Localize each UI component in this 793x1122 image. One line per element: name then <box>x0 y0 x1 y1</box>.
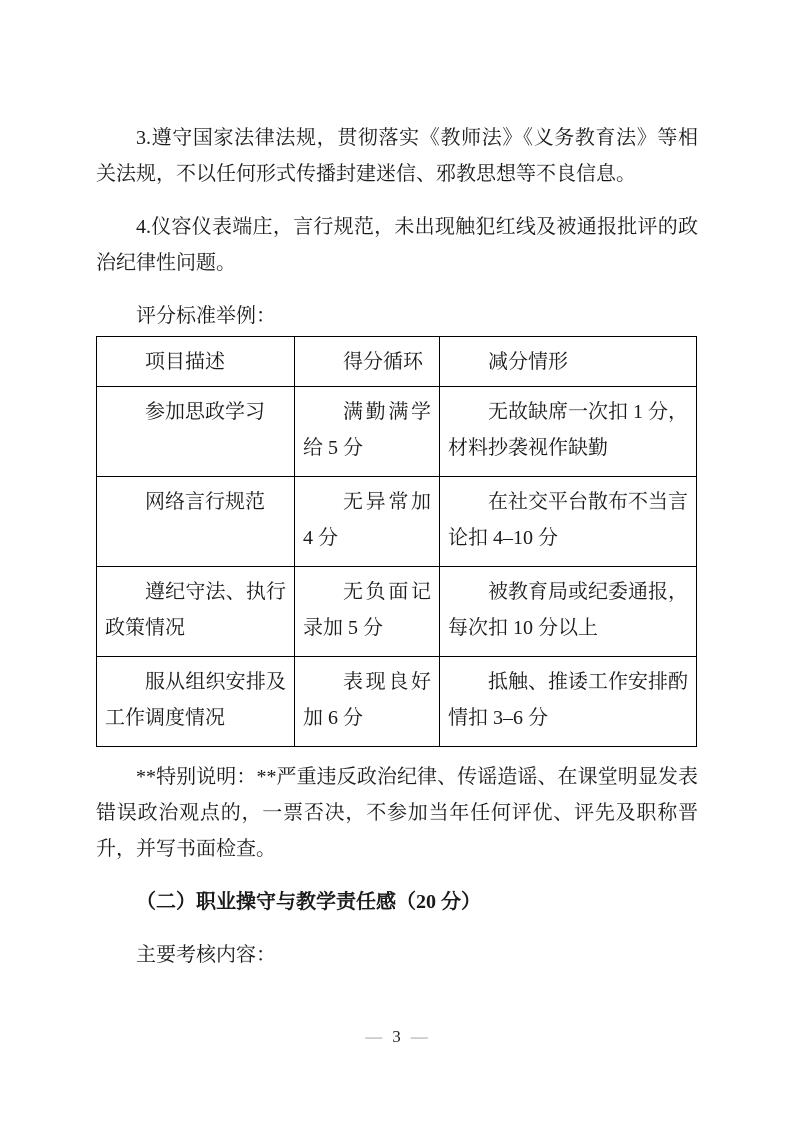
header-label: 得分循环 <box>303 344 431 380</box>
cell-text: 无异常加 4 分 <box>303 484 431 556</box>
document-page: 3.遵守国家法律法规，贯彻落实《教师法》《义务教育法》等相关法规，不以任何形式传… <box>0 0 793 1122</box>
footer-dash-left: — <box>365 1027 382 1046</box>
header-cell-score: 得分循环 <box>295 337 440 387</box>
cell-text: 网络言行规范 <box>105 484 286 520</box>
table-cell: 服从组织安排及工作调度情况 <box>97 657 295 747</box>
cell-text: 参加思政学习 <box>105 394 286 430</box>
scoring-criteria-table: 项目描述 得分循环 减分情形 参加思政学习 满勤满学给 5 分 无故缺席一次扣 … <box>96 336 697 747</box>
cell-text: 无故缺席一次扣 1 分，材料抄袭视作缺勤 <box>448 394 688 466</box>
cell-text: 被教育局或纪委通报，每次扣 10 分以上 <box>448 574 688 646</box>
cell-text: 在社交平台散布不当言论扣 4–10 分 <box>448 484 688 556</box>
page-number: 3 <box>392 1027 401 1046</box>
table-row: 网络言行规范 无异常加 4 分 在社交平台散布不当言论扣 4–10 分 <box>97 477 697 567</box>
table-row: 遵纪守法、执行政策情况 无负面记录加 5 分 被教育局或纪委通报，每次扣 10 … <box>97 567 697 657</box>
paragraph-item-3: 3.遵守国家法律法规，贯彻落实《教师法》《义务教育法》等相关法规，不以任何形式传… <box>96 120 698 192</box>
table-cell: 被教育局或纪委通报，每次扣 10 分以上 <box>440 567 697 657</box>
table-cell: 遵纪守法、执行政策情况 <box>97 567 295 657</box>
table-cell: 参加思政学习 <box>97 387 295 477</box>
header-label: 项目描述 <box>105 344 286 380</box>
page-footer: —3— <box>0 1026 793 1048</box>
cell-text: 抵触、推诿工作安排酌情扣 3–6 分 <box>448 664 688 736</box>
table-row: 服从组织安排及工作调度情况 表现良好加 6 分 抵触、推诿工作安排酌情扣 3–6… <box>97 657 697 747</box>
main-content-label: 主要考核内容： <box>96 937 698 973</box>
section-heading: （二）职业操守与教学责任感（20 分） <box>96 884 698 920</box>
table-cell: 无故缺席一次扣 1 分，材料抄袭视作缺勤 <box>440 387 697 477</box>
document-body: 3.遵守国家法律法规，贯彻落实《教师法》《义务教育法》等相关法规，不以任何形式传… <box>96 120 698 990</box>
scoring-example-label: 评分标准举例： <box>96 298 698 334</box>
paragraph-item-4: 4.仪容仪表端庄，言行规范，未出现触犯红线及被通报批评的政治纪律性问题。 <box>96 209 698 281</box>
cell-text: 满勤满学给 5 分 <box>303 394 431 466</box>
header-cell-project: 项目描述 <box>97 337 295 387</box>
special-note-paragraph: **特别说明：**严重违反政治纪律、传谣造谣、在课堂明显发表错误政治观点的，一票… <box>96 759 698 867</box>
cell-text: 服从组织安排及工作调度情况 <box>105 664 286 736</box>
cell-text: 无负面记录加 5 分 <box>303 574 431 646</box>
cell-text: 遵纪守法、执行政策情况 <box>105 574 286 646</box>
table-cell: 满勤满学给 5 分 <box>295 387 440 477</box>
cell-text: 表现良好加 6 分 <box>303 664 431 736</box>
table-cell: 表现良好加 6 分 <box>295 657 440 747</box>
header-cell-deduction: 减分情形 <box>440 337 697 387</box>
table-row: 参加思政学习 满勤满学给 5 分 无故缺席一次扣 1 分，材料抄袭视作缺勤 <box>97 387 697 477</box>
table-header-row: 项目描述 得分循环 减分情形 <box>97 337 697 387</box>
table-cell: 无异常加 4 分 <box>295 477 440 567</box>
table-cell: 无负面记录加 5 分 <box>295 567 440 657</box>
table-cell: 抵触、推诿工作安排酌情扣 3–6 分 <box>440 657 697 747</box>
header-label: 减分情形 <box>448 344 688 380</box>
footer-dash-right: — <box>411 1027 428 1046</box>
table-cell: 在社交平台散布不当言论扣 4–10 分 <box>440 477 697 567</box>
table-cell: 网络言行规范 <box>97 477 295 567</box>
